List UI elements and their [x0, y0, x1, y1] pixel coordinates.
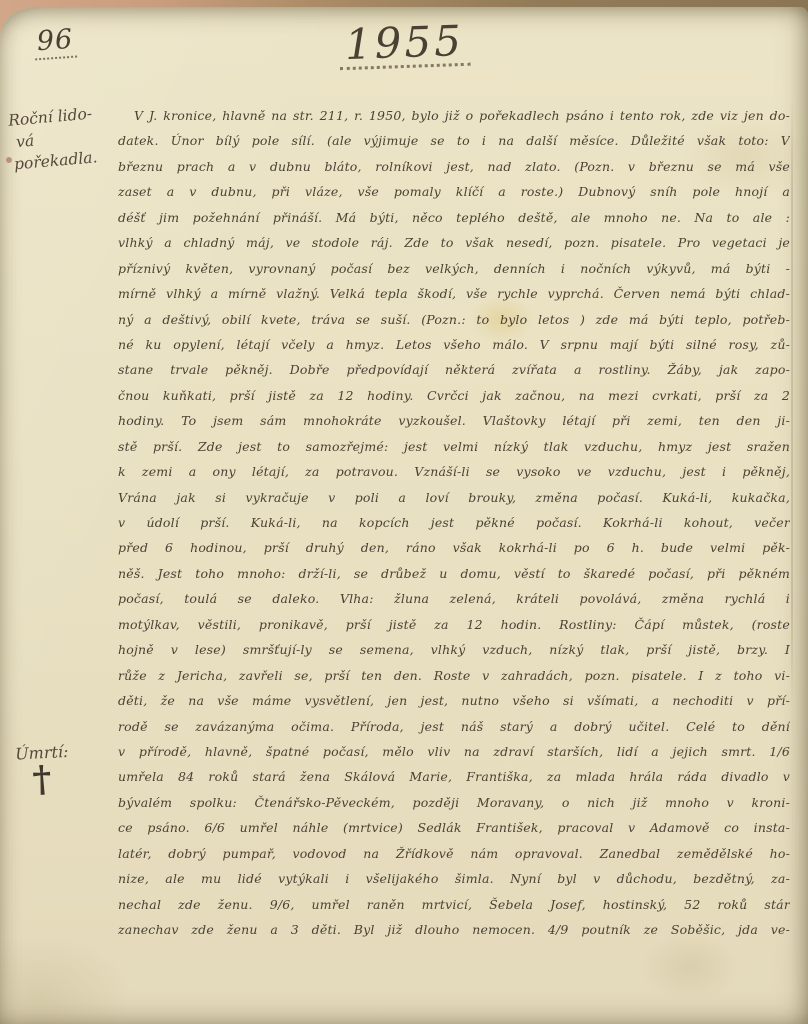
text-line: příznivý květen, vyrovnaný počasí bez ve…	[118, 256, 790, 281]
text-line: nize, ale mu lidé vytýkali i všelijakého…	[118, 866, 790, 891]
paper-crease	[791, 97, 793, 704]
text-line: vlhký a chladný máj, ve stodole ráj. Zde…	[118, 230, 790, 255]
year-heading-wrap: 1955	[0, 21, 808, 68]
text-line: nechal zde ženu. 9/6, umřel raněn mrtvic…	[118, 892, 790, 917]
text-line: počasí, toulá se daleko. Vlha: žluna zel…	[118, 586, 790, 611]
text-line: březnu prach a v dubnu bláto, rolníkovi …	[118, 154, 790, 179]
text-line: v přírodě, hlavně, špatné počasí, mělo v…	[118, 739, 790, 764]
text-line: stane trvale pěkněj. Dobře předpovídají …	[118, 357, 790, 382]
year-heading: 1955	[338, 19, 470, 71]
text-line: růže z Jericha, zavřeli se, prší ten den…	[118, 663, 790, 688]
text-line: zaset a v dubnu, při vláze, vše pomaly k…	[118, 179, 790, 204]
handwritten-body: V J. kronice, hlavně na str. 211, r. 195…	[118, 103, 790, 942]
text-line: Vrána jak si vykračuje v poli a loví bro…	[118, 485, 790, 510]
text-line: motýlkav, věstili, pronikavě, prší jistě…	[118, 612, 790, 637]
text-line: hojně v lese) smršťují-ly se semena, vlh…	[118, 637, 790, 662]
text-line: umřela 84 roků stará žena Skálová Marie,…	[118, 764, 790, 789]
text-line: před 6 hodinou, prší druhý den, ráno vša…	[118, 535, 790, 560]
text-line: zanechav zde ženu a 3 děti. Byl již dlou…	[118, 917, 790, 942]
text-line: rodě se zavázanýma očima. Příroda, jest …	[118, 714, 790, 739]
text-line: děti, že na vše máme vysvětlení, jen jes…	[118, 688, 790, 713]
text-line: ný a deštivý, obilí kvete, tráva se suší…	[118, 307, 790, 332]
text-line: né ku opylení, létají včely a hmyz. Leto…	[118, 332, 790, 357]
text-line: hodiny. To jsem sám mnohokráte vyzkoušel…	[118, 408, 790, 433]
text-line: v údolí prší. Kuká-li, na kopcích jest p…	[118, 510, 790, 535]
text-line: čnou kuňkati, prší jistě za 12 hodiny. C…	[118, 383, 790, 408]
paper-stain	[6, 157, 12, 163]
document-photo: 96 1955 Roční lido- vá pořekadla. Úmrtí:…	[0, 0, 808, 1024]
cross-icon: †	[16, 758, 118, 797]
text-line: latér, dobrý pumpař, vodovod na Žřídkově…	[118, 841, 790, 866]
text-line: datek. Únor bílý pole sílí. (ale výjimuj…	[118, 128, 790, 153]
text-line: mírně vlhký a mírně vlažný. Velká tepla …	[118, 281, 790, 306]
margin-note-weather: Roční lido- vá pořekadla.	[7, 100, 120, 175]
text-line: stě prší. Zde jest to samozřejmé: jest v…	[118, 434, 790, 459]
chronicle-page: 96 1955 Roční lido- vá pořekadla. Úmrtí:…	[0, 7, 808, 1024]
text-line: bývalém spolku: Čtenářsko-Pěveckém, pozd…	[118, 790, 790, 815]
text-line: déšť jim požehnání přináší. Má býti, něc…	[118, 205, 790, 230]
margin-note-deaths: Úmrtí: †	[15, 739, 118, 797]
text-line: ce psáno. 6/6 umřel náhle (mrtvice) Sedl…	[118, 815, 790, 840]
text-line: V J. kronice, hlavně na str. 211, r. 195…	[118, 103, 790, 128]
text-line: něš. Jest toho mnoho: drží-li, se drůbež…	[118, 561, 790, 586]
text-line: k zemi a ony létají, za potravou. Vznáší…	[118, 459, 790, 484]
